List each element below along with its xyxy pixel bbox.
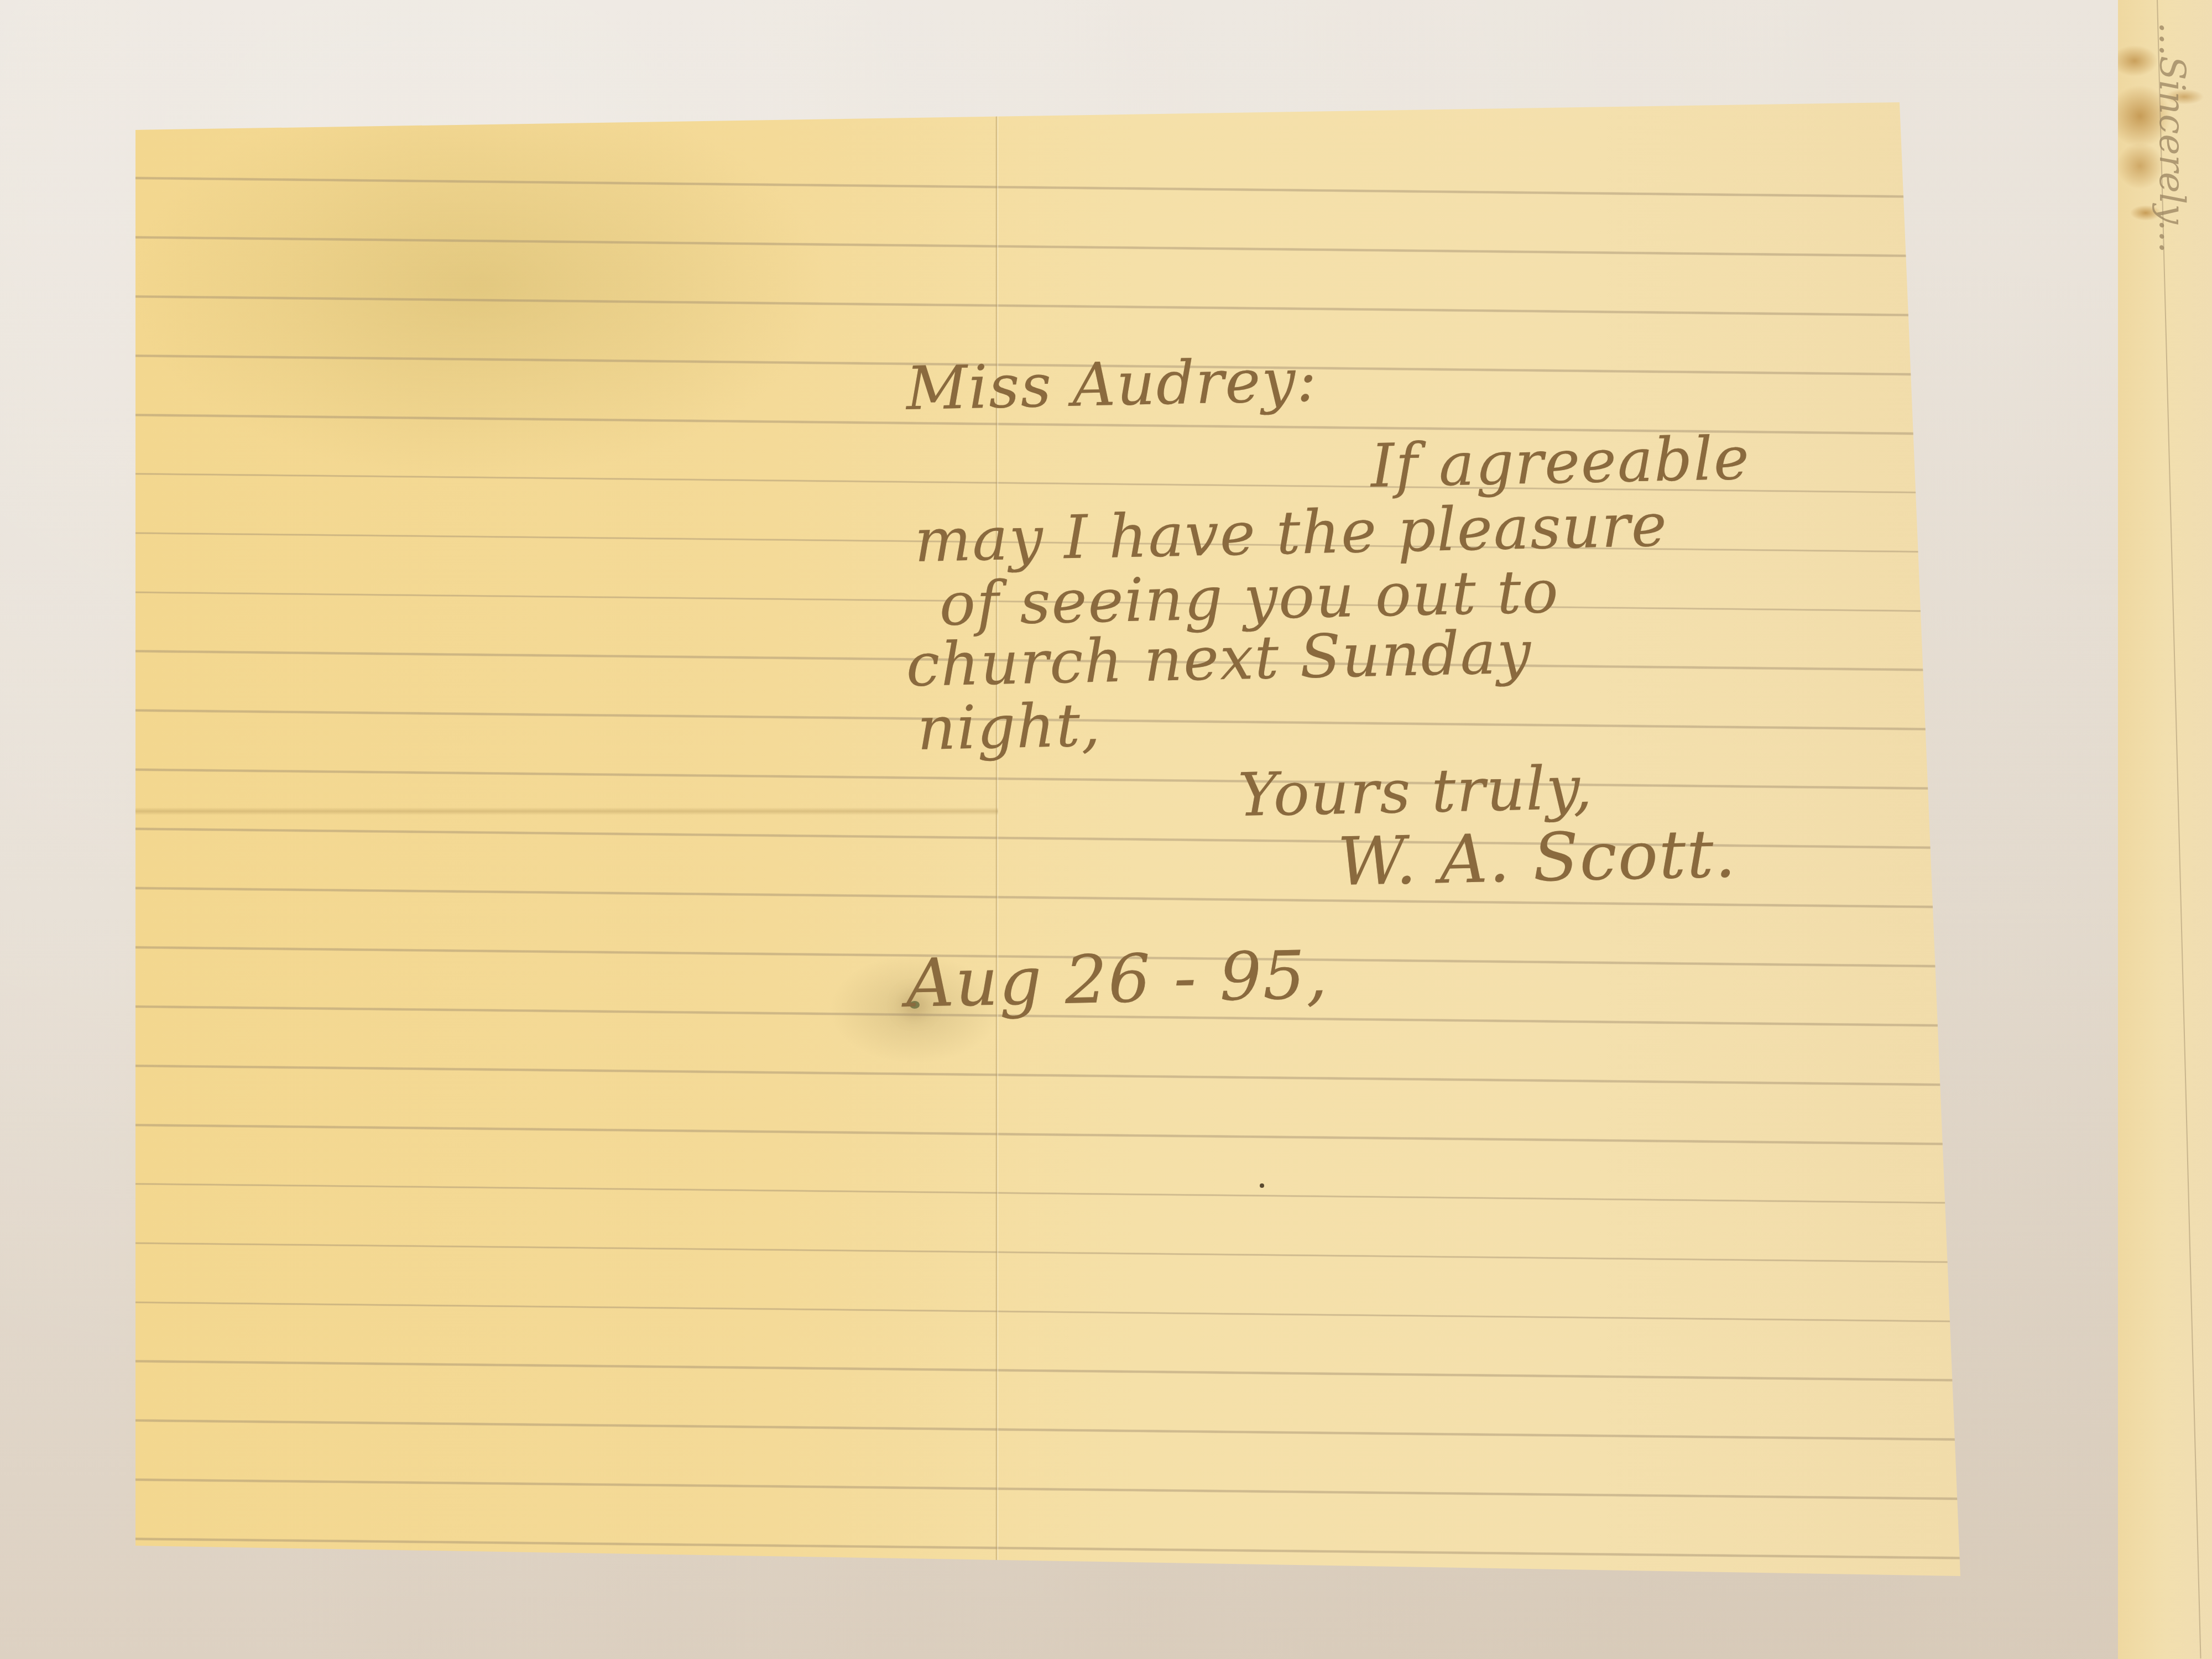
adjacent-document-edge: ...Sincerely... <box>2118 0 2212 1659</box>
letter-body-line: If agreeable <box>1370 429 1751 497</box>
letter-salutation: Miss Audrey: <box>906 351 1318 419</box>
letter-closing: Yours truly, <box>1238 759 1594 826</box>
horizontal-fold-crease <box>135 807 998 815</box>
ink-dot <box>1260 1183 1264 1188</box>
letter-date: Aug 26 - 95, <box>905 942 1329 1018</box>
letter-signature: W. A. Scott. <box>1337 821 1737 896</box>
vertical-fold-crease <box>995 102 999 1576</box>
letter-body-line: night, <box>917 696 1102 759</box>
letter-body-line: church next Sunday <box>906 623 1532 696</box>
adjacent-document-script: ...Sincerely... <box>2151 22 2192 253</box>
